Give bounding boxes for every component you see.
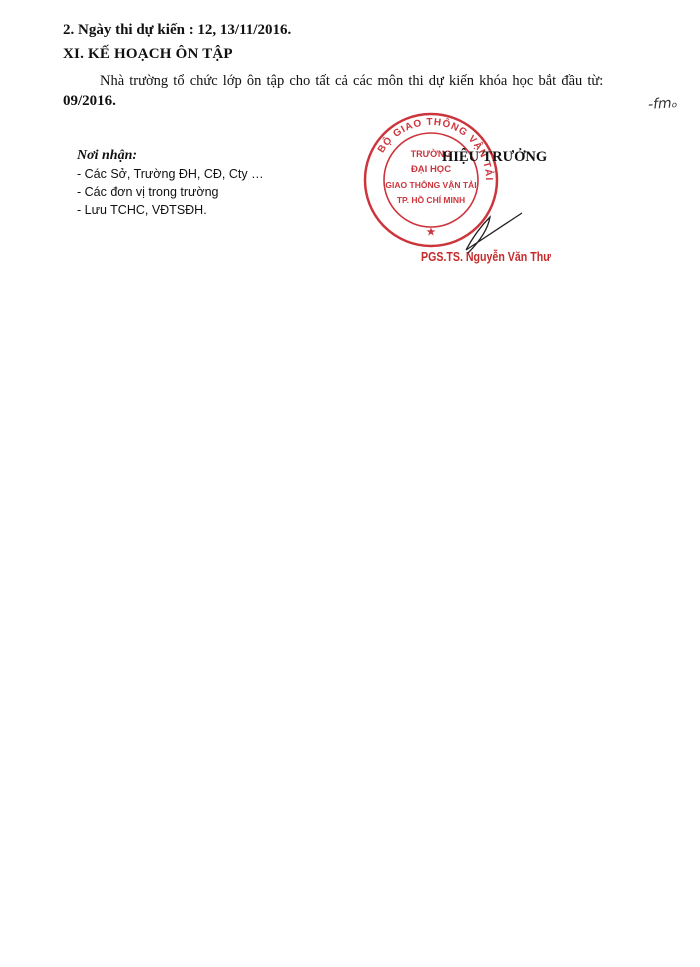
recipient-item: - Các đơn vị trong trường [77, 185, 218, 199]
signer-title: HIỆU TRƯỞNG [442, 149, 547, 166]
recipients-title: Nơi nhận: [77, 148, 137, 164]
signature-mark [460, 195, 530, 265]
handwritten-initials: -fmₒ [647, 95, 677, 113]
stamp-line: GIAO THÔNG VẬN TẢI [385, 179, 476, 190]
stamp-star-icon: ★ [427, 227, 436, 238]
paragraph-line-1: Nhà trường tổ chức lớp ôn tập cho tất cả… [100, 73, 603, 90]
section-heading: XI. KẾ HOẠCH ÔN TẬP [63, 46, 233, 63]
stamp-line: TP. HỒ CHÍ MINH [397, 194, 465, 205]
paragraph-line-2: 09/2016. [63, 93, 116, 110]
recipient-item: - Các Sở, Trường ĐH, CĐ, Cty … [77, 167, 264, 181]
exam-date-line: 2. Ngày thi dự kiến : 12, 13/11/2016. [63, 22, 291, 39]
recipient-item: - Lưu TCHC, VĐTSĐH. [77, 203, 207, 217]
